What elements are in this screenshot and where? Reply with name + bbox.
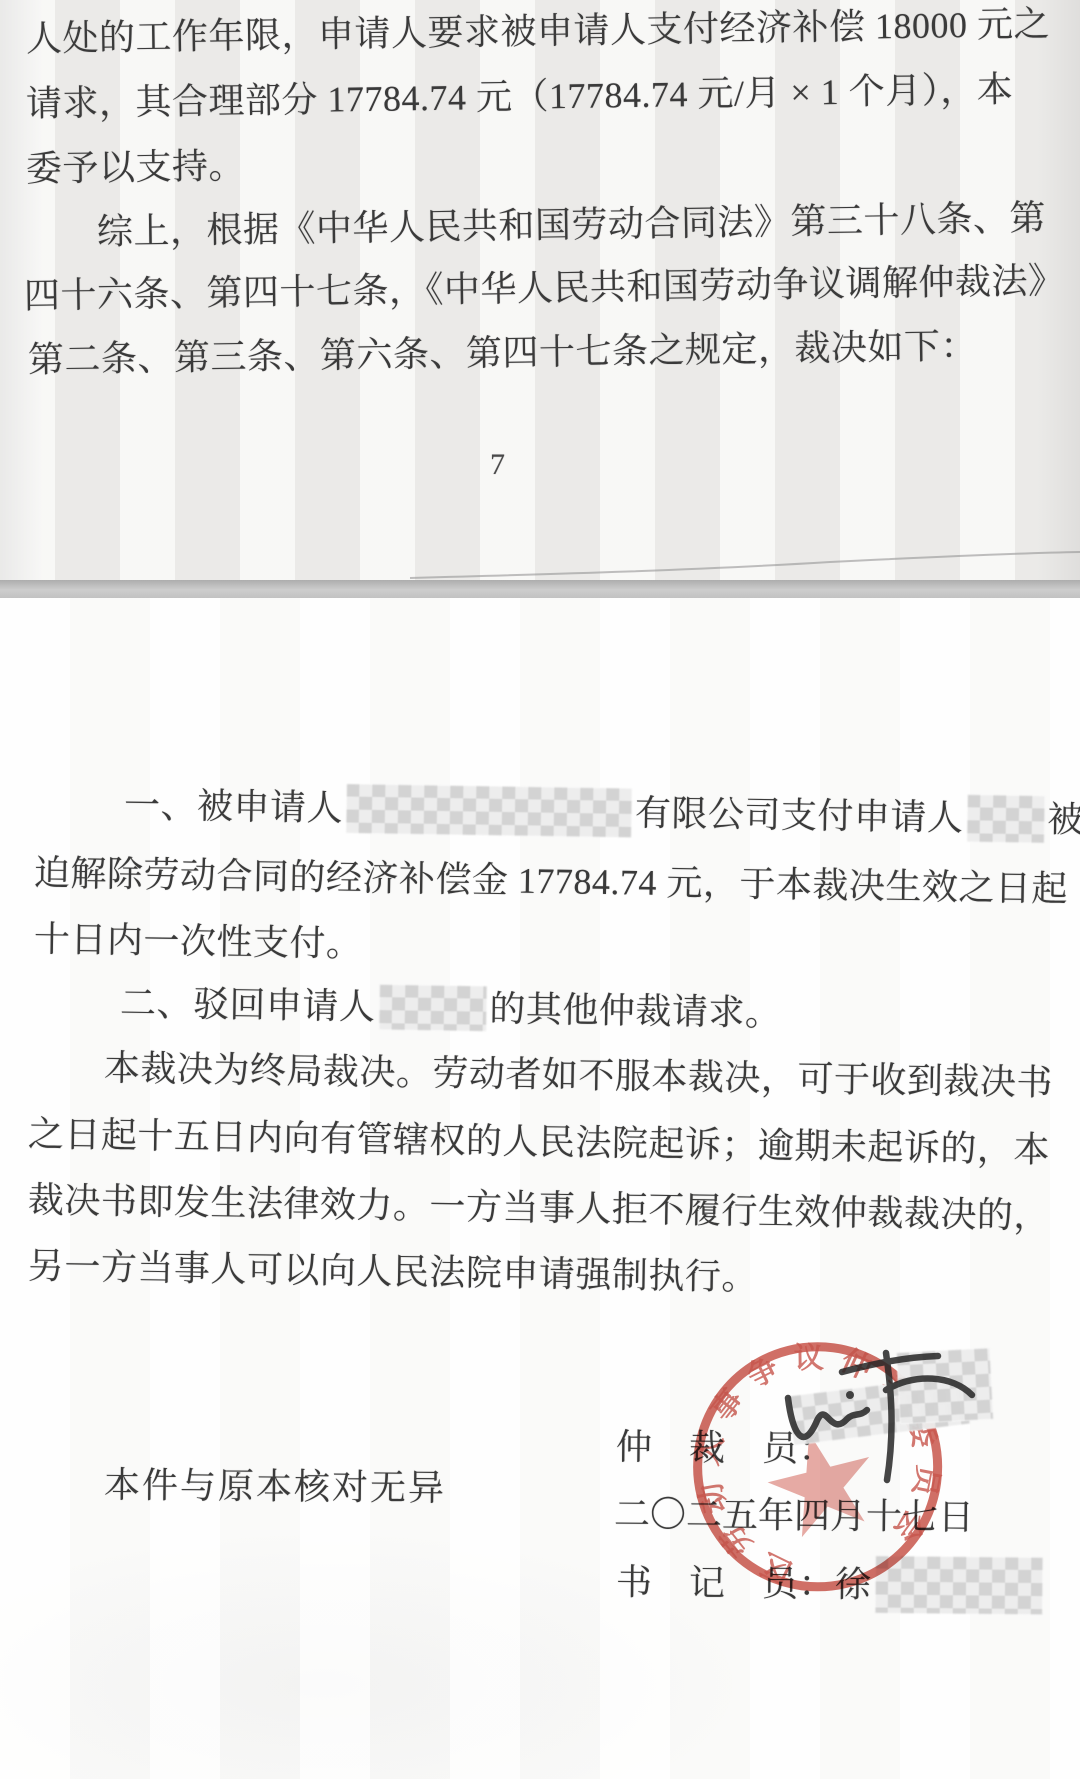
ruling-item-2-prefix: 二、驳回申请人 <box>120 983 376 1027</box>
arbitrator-signature-ink <box>700 1295 1040 1525</box>
text-line: 请求，其合理部分 17784.74 元（17784.74 元/月 × 1 个月）… <box>26 64 1014 129</box>
ruling-item-1-mid: 有限公司支付申请人 <box>635 793 964 838</box>
page-divider <box>0 580 1080 598</box>
ruling-item-2-line: 二、驳回申请人的其他仲裁请求。 <box>120 978 782 1040</box>
torn-paper-edge <box>0 544 1080 584</box>
text-line: 综上，根据《中华人民共和国劳动合同法》第三十八条、第 <box>97 193 1047 257</box>
redaction-mosaic <box>378 984 487 1032</box>
text-line: 人处的工作年限，申请人要求被申请人支付经济补偿 18000 元之 <box>26 0 1051 64</box>
text-line: 委予以支持。 <box>26 141 246 194</box>
verification-note: 本件与原本核对无异 <box>104 1460 446 1513</box>
text-line: 四十六条、第四十七条，《中华人民共和国劳动争议调解仲裁法》 <box>24 256 1065 321</box>
text-line: 第二条、第三条、第六条、第四十七条之规定，裁决如下： <box>28 321 978 385</box>
page-number: 7 <box>490 440 505 490</box>
scanned-document: 人处的工作年限，申请人要求被申请人支付经济补偿 18000 元之 请求，其合理部… <box>0 0 1080 1779</box>
ruling-item-1-suffix: 被 <box>1047 800 1080 841</box>
scan-page-1: 人处的工作年限，申请人要求被申请人支付经济补偿 18000 元之 请求，其合理部… <box>0 0 1080 598</box>
redaction-mosaic <box>346 783 633 837</box>
ruling-item-2-suffix: 的其他仲裁请求。 <box>489 989 782 1034</box>
text-line: 十日内一次性支付。 <box>34 914 363 969</box>
redaction-mosaic <box>966 794 1045 843</box>
ruling-item-1-prefix: 一、被申请人 <box>124 785 344 828</box>
